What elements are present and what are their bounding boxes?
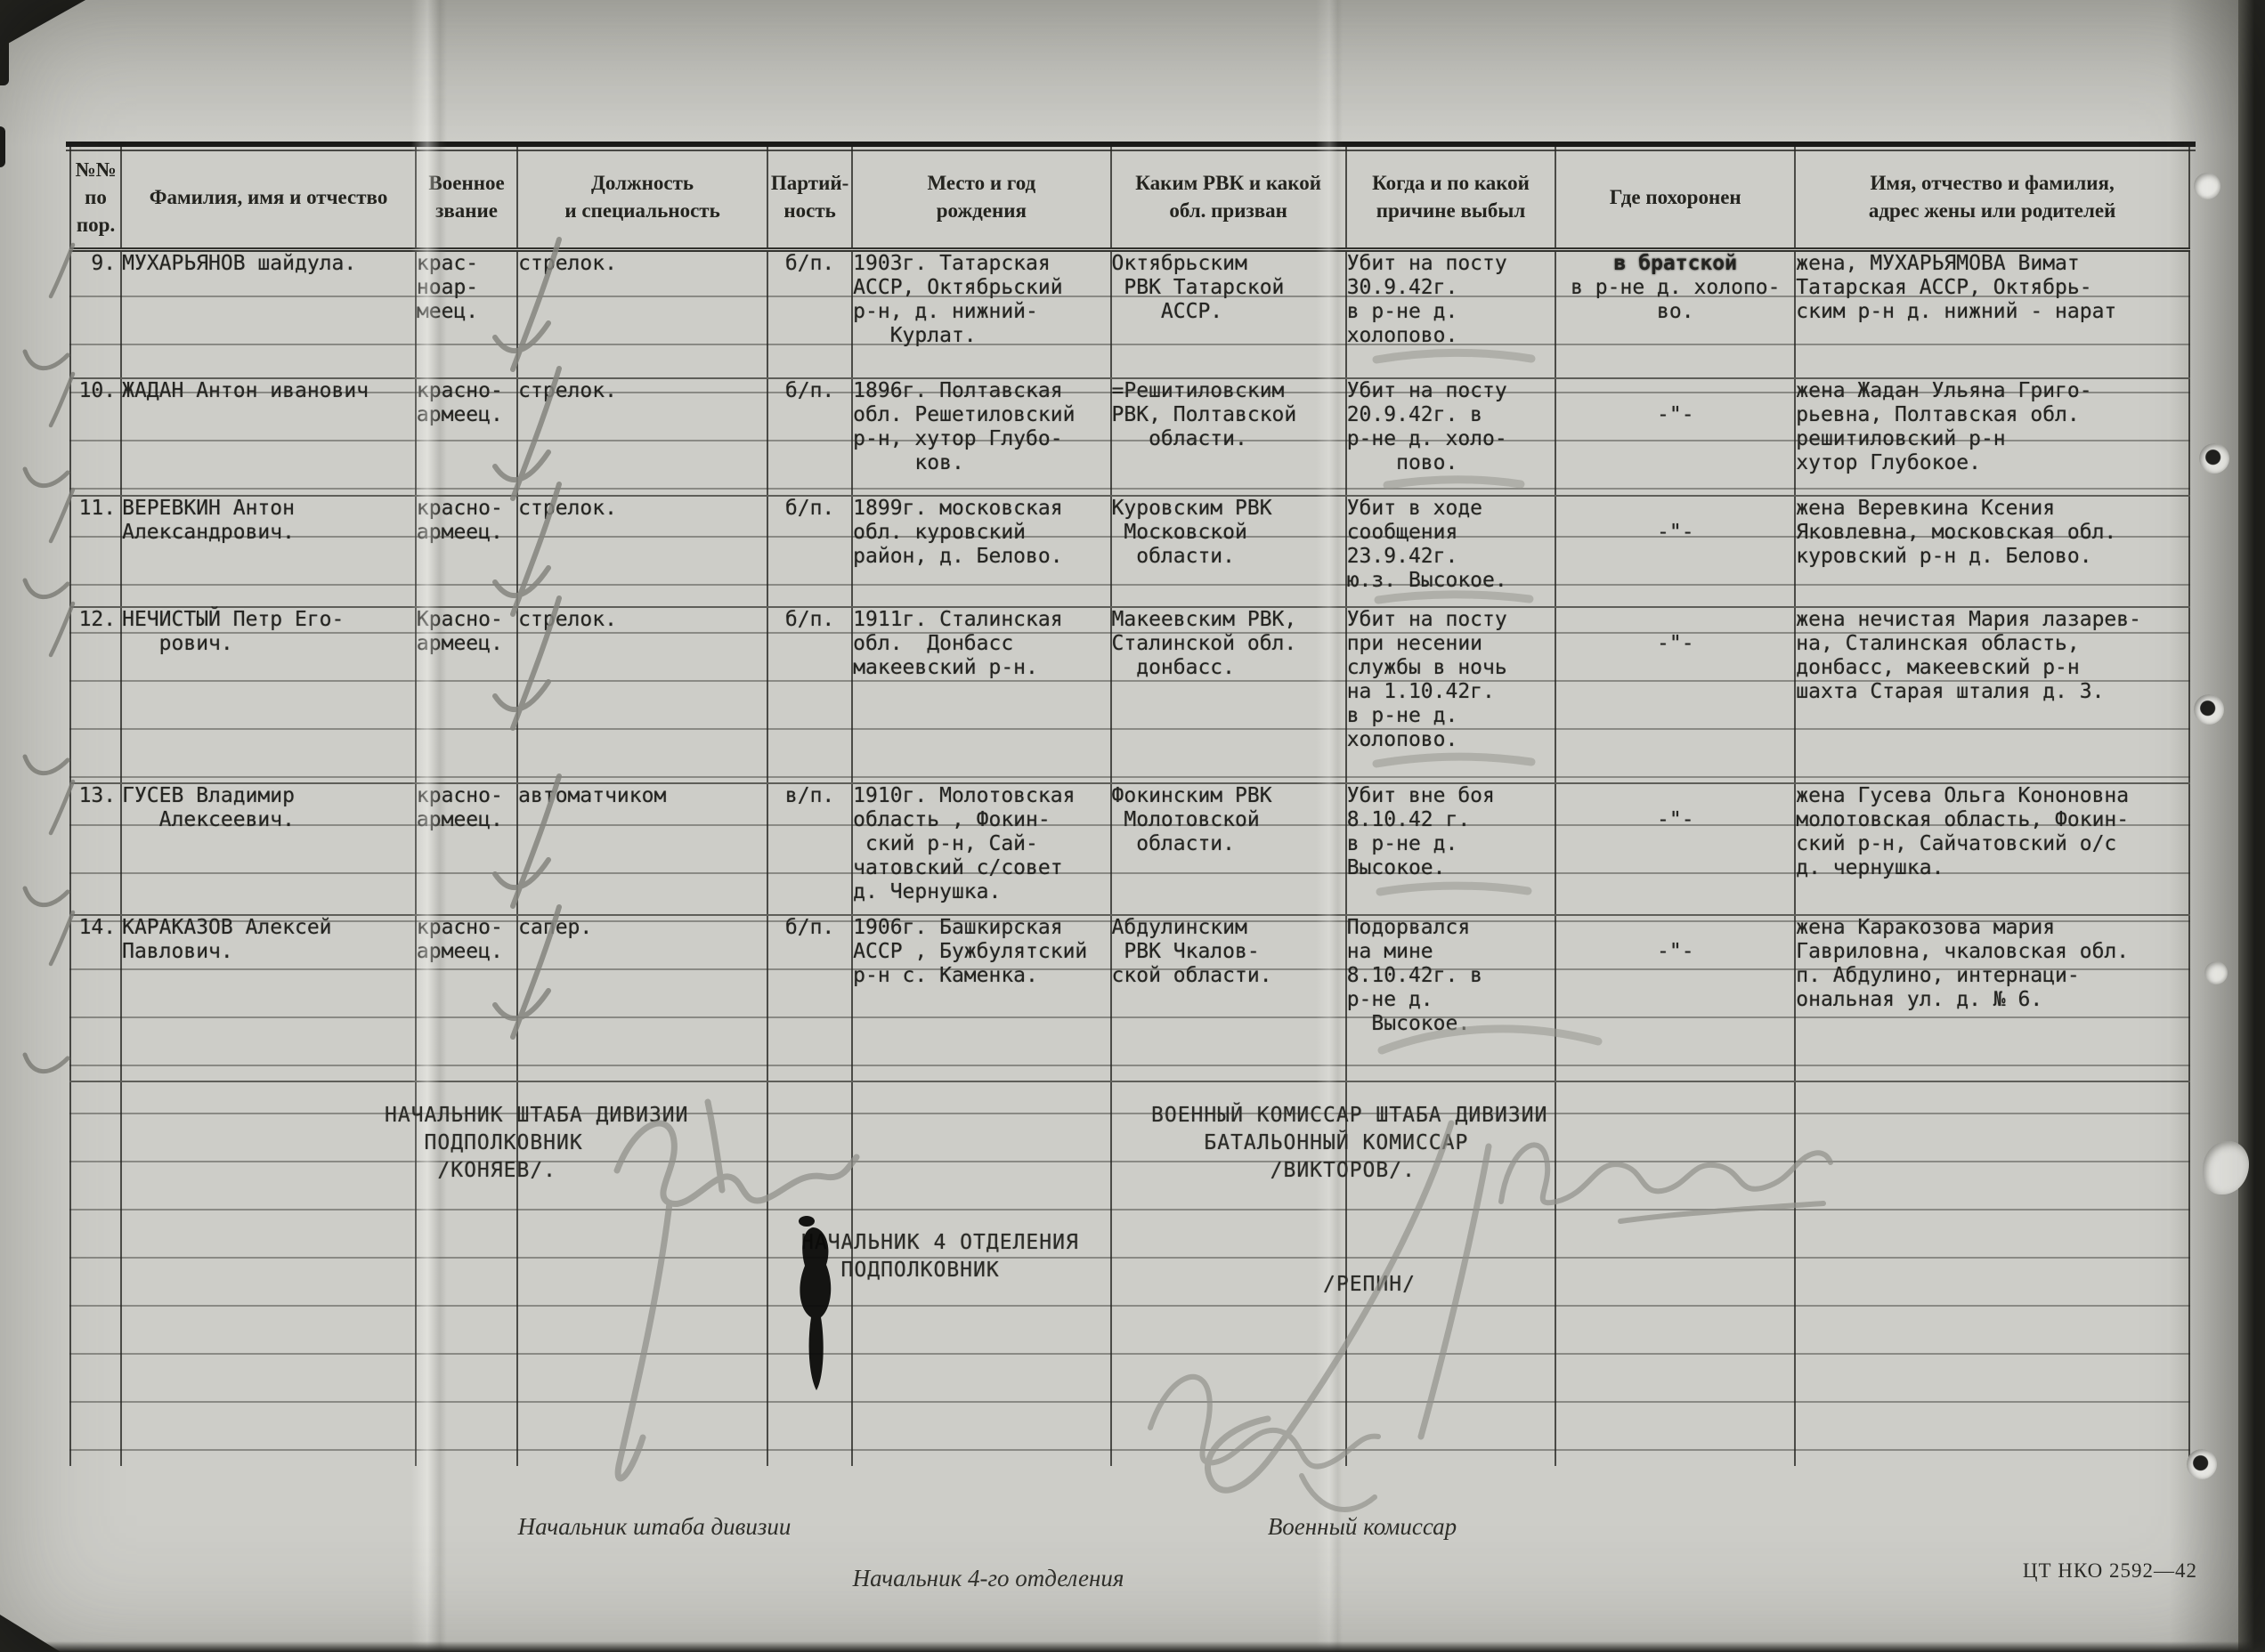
typed-line: -"- <box>1556 632 1794 656</box>
typed-line: на 1.10.42г. <box>1347 680 1555 704</box>
empty-cell <box>1111 1226 1346 1274</box>
empty-cell <box>121 1226 416 1274</box>
typed-line: 1899г. московская <box>853 497 1109 521</box>
typed-line: область , Фокин- <box>853 808 1109 832</box>
cell-party: б/п. <box>767 378 852 496</box>
typed-line: р-н, д. нижний- <box>853 300 1109 324</box>
empty-ruled-row <box>70 1370 2189 1418</box>
typed-line: МУХАРЬЯНОВ шайдула. <box>122 252 415 276</box>
empty-cell <box>1111 1370 1346 1418</box>
empty-cell <box>517 1370 767 1418</box>
typed-line: рович. <box>122 632 415 656</box>
typed-line: жена Веревкина Ксения <box>1796 497 2188 521</box>
signature-block-commissar: ВОЕННЫЙ КОМИССАР ШТАБА ДИВИЗИИ БАТАЛЬОНН… <box>1151 1102 1547 1185</box>
cell-party: в/п. <box>767 783 852 915</box>
typed-line: крас- <box>417 252 516 276</box>
photo-dark-edge-bottom <box>0 1641 2265 1652</box>
column-header-label: обл. призван <box>1112 197 1345 224</box>
typed-line: Татарская АССР, Октябрь- <box>1796 276 2188 300</box>
cell-rank: красно-армеец. <box>416 496 517 607</box>
empty-ruled-row <box>70 1274 2189 1322</box>
typed-line: Курлат. <box>853 324 1109 348</box>
empty-cell <box>1555 1081 1795 1130</box>
cell-when: Убит на посту30.9.42г.в р-не д.холопово. <box>1346 249 1556 378</box>
empty-cell <box>852 1322 1110 1370</box>
empty-cell <box>70 1081 121 1130</box>
typed-line: п. Абдулино, интернаци- <box>1796 964 2188 988</box>
column-header-label: пор. <box>71 211 120 239</box>
punch-hole <box>2194 173 2220 199</box>
typed-line: Сталинской обл. <box>1112 632 1345 656</box>
header-row: №№попор.Фамилия, имя и отчествоВоенноезв… <box>70 147 2189 249</box>
cell-buried: -"- <box>1555 496 1795 607</box>
column-header-label: Где похоронен <box>1556 183 1794 211</box>
typed-line: б/п. <box>768 916 851 940</box>
typed-line: 23.9.42г. <box>1347 545 1555 569</box>
typed-line: 8.10.42г. в <box>1347 964 1555 988</box>
typed-line: АССР, Октябрьский <box>853 276 1109 300</box>
column-header-label: Должность <box>518 169 767 197</box>
empty-cell <box>1346 1226 1556 1274</box>
casualty-row: 13.ГУСЕВ Владимир Алексеевич.красно-арме… <box>70 783 2189 915</box>
cell-family: жена Гусева Ольга Кононовнамолотовская о… <box>1795 783 2189 915</box>
typed-line <box>1556 784 1794 808</box>
cell-duty: стрелок. <box>517 496 767 607</box>
empty-cell <box>767 1418 852 1466</box>
typed-line: д. Чернушка. <box>853 880 1109 904</box>
empty-cell <box>416 1370 517 1418</box>
column-header-label: адрес жены или родителей <box>1796 197 2188 224</box>
empty-cell <box>767 1130 852 1178</box>
column-header-label: Каким РВК и какой <box>1112 169 1345 197</box>
photo-dark-corner-topleft <box>0 0 85 48</box>
typed-line: ков. <box>853 451 1109 475</box>
section4-surname: /РЕПИН/ <box>1323 1273 1416 1296</box>
typed-line: р-не д. холо- <box>1347 427 1555 451</box>
cell-party: б/п. <box>767 607 852 783</box>
typed-line: чатовский с/совет <box>853 856 1109 880</box>
typed-line: армеец. <box>417 808 516 832</box>
cell-family: жена нечистая Мария лазарев-на, Сталинск… <box>1795 607 2189 783</box>
cell-duty: стрелок. <box>517 378 767 496</box>
casualty-row: 11.ВЕРЕВКИН АнтонАлександрович.красно-ар… <box>70 496 2189 607</box>
typed-line: стрелок. <box>518 608 767 632</box>
empty-cell <box>852 1081 1110 1130</box>
typed-line: ональная ул. д. № 6. <box>1796 988 2188 1012</box>
cell-buried: в братскойв р-не д. холопо-во. <box>1555 249 1795 378</box>
typed-line: Подорвался <box>1347 916 1555 940</box>
typed-line: рьевна, Полтавская обл. <box>1796 403 2188 427</box>
typed-line <box>1556 379 1794 403</box>
cell-birth: 1911г. Сталинскаяобл. Донбассмакеевский … <box>852 607 1110 783</box>
empty-cell <box>416 1274 517 1322</box>
empty-cell <box>517 1178 767 1226</box>
column-header-label: Когда и по какой <box>1347 169 1555 197</box>
typed-line: холопово. <box>1347 324 1555 348</box>
typed-line: ским р-н д. нижний - нарат <box>1796 300 2188 324</box>
typed-line: армеец. <box>417 521 516 545</box>
cell-rvk: Фокинским РВК Молотовской области. <box>1111 783 1346 915</box>
cell-duty: автоматчиком <box>517 783 767 915</box>
empty-cell <box>121 1322 416 1370</box>
cell-family: жена Веревкина КсенияЯковлевна, московск… <box>1795 496 2189 607</box>
empty-cell <box>70 1130 121 1178</box>
typed-line: Макеевским РВК, <box>1112 608 1345 632</box>
typed-line: р-не д. <box>1347 988 1555 1012</box>
typed-line: 30.9.42г. <box>1347 276 1555 300</box>
typed-line: 1910г. Молотовская <box>853 784 1109 808</box>
empty-cell <box>70 1178 121 1226</box>
cell-buried: -"- <box>1555 783 1795 915</box>
column-header-name: Фамилия, имя и отчество <box>121 147 416 249</box>
empty-cell <box>517 1226 767 1274</box>
typed-line: АССР. <box>1112 300 1345 324</box>
typed-line: донбасс, макеевский р-н <box>1796 656 2188 680</box>
typed-line: Октябрьским <box>1112 252 1345 276</box>
typed-line: р-н с. Каменка. <box>853 964 1109 988</box>
typed-line: шахта Старая шталия д. 3. <box>1796 680 2188 704</box>
casualty-table: №№попор.Фамилия, имя и отчествоВоенноезв… <box>69 147 2190 1466</box>
empty-cell <box>1795 1081 2189 1130</box>
signature-block-section4: НАЧАЛЬНИК 4 ОТДЕЛЕНИЯ ПОДПОЛКОВНИК <box>801 1229 1079 1284</box>
typed-line: жена нечистая Мария лазарев- <box>1796 608 2188 632</box>
typed-line: Убит на посту <box>1347 608 1555 632</box>
typed-line: д. чернушка. <box>1796 856 2188 880</box>
empty-ruled-row <box>70 1418 2189 1466</box>
typed-line: в р-не д. <box>1347 300 1555 324</box>
empty-cell <box>1795 1322 2189 1370</box>
empty-cell <box>852 1178 1110 1226</box>
cell-num: 13. <box>70 783 121 915</box>
cell-when: Убит на посту20.9.42г. вр-не д. холо- по… <box>1346 378 1556 496</box>
typed-line: донбасс. <box>1112 656 1345 680</box>
typed-line: Гавриловна, чкаловская обл. <box>1796 940 2188 964</box>
typed-line: пово. <box>1347 451 1555 475</box>
empty-ruled-row <box>70 1322 2189 1370</box>
typed-line: ский р-н, Сай- <box>853 832 1109 856</box>
empty-cell <box>1111 1418 1346 1466</box>
empty-cell <box>1346 1178 1556 1226</box>
empty-cell <box>767 1370 852 1418</box>
typed-line: области. <box>1112 427 1345 451</box>
casualty-row: 14.КАРАКАЗОВ АлексейПавлович.красно-арме… <box>70 915 2189 1081</box>
column-header-label: Военное <box>417 169 516 197</box>
typed-signature-line: ВОЕННЫЙ КОМИССАР ШТАБА ДИВИЗИИ <box>1151 1102 1547 1130</box>
cell-rvk: Октябрьским РВК Татарской АССР. <box>1111 249 1346 378</box>
column-header-buried: Где похоронен <box>1555 147 1795 249</box>
empty-cell <box>1555 1418 1795 1466</box>
photo-dark-notch <box>0 126 5 167</box>
typed-line: жена Каракозова мария <box>1796 916 2188 940</box>
cell-when: Убит вне боя8.10.42 г.в р-не д.Высокое. <box>1346 783 1556 915</box>
typed-line: 1911г. Сталинская <box>853 608 1109 632</box>
typed-line: хутор Глубокое. <box>1796 451 2188 475</box>
column-header-duty: Должностьи специальность <box>517 147 767 249</box>
empty-cell <box>852 1370 1110 1418</box>
column-header-label: и специальность <box>518 197 767 224</box>
typed-line: стрелок. <box>518 379 767 403</box>
column-header-label: №№ <box>71 156 120 183</box>
typed-line: красно- <box>417 379 516 403</box>
empty-cell <box>852 1418 1110 1466</box>
typed-line: в р-не д. <box>1347 832 1555 856</box>
typed-signature-line: /ВИКТОРОВ/. <box>1151 1157 1547 1185</box>
typed-line: Яковлевна, московская обл. <box>1796 521 2188 545</box>
typed-line: Молотовской <box>1112 808 1345 832</box>
cell-rank: крас-ноар-меец. <box>416 249 517 378</box>
typed-line: Абдулинским <box>1112 916 1345 940</box>
column-header-label: звание <box>417 197 516 224</box>
typed-line: ГУСЕВ Владимир <box>122 784 415 808</box>
cell-name: МУХАРЬЯНОВ шайдула. <box>121 249 416 378</box>
empty-cell <box>1555 1322 1795 1370</box>
typed-line: 10. <box>71 379 120 403</box>
typed-signature-line: /КОНЯЕВ/. <box>385 1157 689 1185</box>
empty-cell <box>121 1370 416 1418</box>
typed-line: РВК, Полтавской <box>1112 403 1345 427</box>
signature-block-chief-of-staff: НАЧАЛЬНИК ШТАБА ДИВИЗИИ ПОДПОЛКОВНИК /КО… <box>385 1102 689 1185</box>
typed-line: ской области. <box>1112 964 1345 988</box>
empty-cell <box>1795 1274 2189 1322</box>
empty-cell <box>416 1418 517 1466</box>
typed-line: при несении <box>1347 632 1555 656</box>
empty-cell <box>70 1226 121 1274</box>
cell-when: Убит в ходесообщения23.9.42г.ю.з. Высоко… <box>1346 496 1556 607</box>
typed-signature-line: БАТАЛЬОННЫЙ КОМИССАР <box>1151 1130 1547 1157</box>
typed-line: -"- <box>1556 940 1794 964</box>
empty-cell <box>70 1370 121 1418</box>
typed-line: 11. <box>71 497 120 521</box>
empty-cell <box>1795 1370 2189 1418</box>
cell-family: жена Каракозова марияГавриловна, чкаловс… <box>1795 915 2189 1081</box>
typed-line: ВЕРЕВКИН Антон <box>122 497 415 521</box>
cell-rvk: Куровским РВК Московской области. <box>1111 496 1346 607</box>
typed-line: Алексеевич. <box>122 808 415 832</box>
cell-birth: 1896г. Полтавскаяобл. Решетиловскийр-н, … <box>852 378 1110 496</box>
cell-num: 9. <box>70 249 121 378</box>
typed-line: армеец. <box>417 403 516 427</box>
column-header-when: Когда и по какойпричине выбыл <box>1346 147 1556 249</box>
empty-cell <box>416 1322 517 1370</box>
empty-cell <box>1111 1322 1346 1370</box>
cell-birth: 1906г. БашкирскаяАССР , Бужбулятскийр-н … <box>852 915 1110 1081</box>
empty-ruled-row <box>70 1178 2189 1226</box>
empty-ruled-row <box>70 1226 2189 1274</box>
empty-cell <box>1111 1178 1346 1226</box>
typed-line: ЖАДАН Антон иванович <box>122 379 415 403</box>
typed-line: Убит на посту <box>1347 379 1555 403</box>
typed-line: АССР , Бужбулятский <box>853 940 1109 964</box>
cell-num: 11. <box>70 496 121 607</box>
pencil-tick-marks <box>25 245 73 1072</box>
empty-cell <box>121 1081 416 1130</box>
column-header-rvk: Каким РВК и какойобл. призван <box>1111 147 1346 249</box>
typed-line: Красно- <box>417 608 516 632</box>
typed-signature-line: НАЧАЛЬНИК 4 ОТДЕЛЕНИЯ <box>801 1229 1079 1257</box>
cell-rank: красно-армеец. <box>416 915 517 1081</box>
paper-edge-shadow <box>2169 0 2240 1652</box>
typed-line: -"- <box>1556 808 1794 832</box>
typed-line: жена Жадан Ульяна Григо- <box>1796 379 2188 403</box>
typed-line: жена Гусева Ольга Кононовна <box>1796 784 2188 808</box>
column-header-label: Партий- <box>768 169 851 197</box>
cell-birth: 1910г. Молотовскаяобласть , Фокин- ский … <box>852 783 1110 915</box>
cell-duty: стрелок. <box>517 249 767 378</box>
column-header-label: Фамилия, имя и отчество <box>122 183 415 211</box>
footer-print-commissar: Военный комиссар <box>1268 1513 1457 1541</box>
punch-hole <box>2187 1449 2217 1479</box>
typed-line: -"- <box>1556 403 1794 427</box>
empty-cell <box>517 1322 767 1370</box>
footer-print-section4: Начальник 4-го отделения <box>853 1565 1124 1592</box>
cell-party: б/п. <box>767 496 852 607</box>
typed-line: Убит на посту <box>1347 252 1555 276</box>
cell-family: жена Жадан Ульяна Григо-рьевна, Полтавск… <box>1795 378 2189 496</box>
typed-line: НЕЧИСТЫЙ Петр Его- <box>122 608 415 632</box>
punch-hole <box>2199 443 2229 474</box>
empty-cell <box>517 1274 767 1322</box>
typed-line: макеевский р-н. <box>853 656 1109 680</box>
empty-cell <box>1555 1130 1795 1178</box>
typed-line <box>1556 608 1794 632</box>
cell-party: б/п. <box>767 915 852 1081</box>
empty-cell <box>1795 1226 2189 1274</box>
empty-cell <box>416 1178 517 1226</box>
typed-line: на, Сталинская область, <box>1796 632 2188 656</box>
typed-line: =Решитиловским <box>1112 379 1345 403</box>
typed-signature-line: НАЧАЛЬНИК ШТАБА ДИВИЗИИ <box>385 1102 689 1130</box>
cell-rank: красно-армеец. <box>416 783 517 915</box>
empty-cell <box>121 1178 416 1226</box>
typed-line: Куровским РВК <box>1112 497 1345 521</box>
cell-name: ЖАДАН Антон иванович <box>121 378 416 496</box>
empty-cell <box>416 1226 517 1274</box>
empty-cell <box>70 1274 121 1322</box>
typed-line: Высокое. <box>1347 856 1555 880</box>
cell-name: ГУСЕВ Владимир Алексеевич. <box>121 783 416 915</box>
typed-line <box>1556 497 1794 521</box>
typed-signature-line: ПОДПОЛКОВНИК <box>385 1130 689 1157</box>
column-header-label: Место и год <box>853 169 1109 197</box>
cell-party: б/п. <box>767 249 852 378</box>
column-header-family: Имя, отчество и фамилия,адрес жены или р… <box>1795 147 2189 249</box>
typed-line: 12. <box>71 608 120 632</box>
typed-line: армеец. <box>417 632 516 656</box>
typed-line: 8.10.42 г. <box>1347 808 1555 832</box>
typed-line: обл. куровский <box>853 521 1109 545</box>
cell-birth: 1903г. ТатарскаяАССР, Октябрьскийр-н, д.… <box>852 249 1110 378</box>
typed-line: красно- <box>417 784 516 808</box>
typed-line: молотовская область, Фокин- <box>1796 808 2188 832</box>
empty-cell <box>1555 1370 1795 1418</box>
typed-line: во. <box>1556 300 1794 324</box>
typed-line: -"- <box>1556 521 1794 545</box>
typed-line: 14. <box>71 916 120 940</box>
typed-line: Убит в ходе <box>1347 497 1555 521</box>
typed-line: холопово. <box>1347 728 1555 752</box>
cell-rvk: =РешитиловскимРВК, Полтавской области. <box>1111 378 1346 496</box>
column-header-rank: Военноезвание <box>416 147 517 249</box>
cell-num: 14. <box>70 915 121 1081</box>
typed-line: в р-не д. <box>1347 704 1555 728</box>
footer-print-chief-of-staff: Начальник штаба дивизии <box>518 1513 792 1541</box>
typed-line: 1903г. Татарская <box>853 252 1109 276</box>
typed-line: армеец. <box>417 940 516 964</box>
casualty-row: 12.НЕЧИСТЫЙ Петр Его- рович.Красно-армее… <box>70 607 2189 783</box>
empty-cell <box>1555 1274 1795 1322</box>
cell-family: жена, МУХАРЬЯМОВА ВиматТатарская АССР, О… <box>1795 249 2189 378</box>
typed-line: решитиловский р-н <box>1796 427 2188 451</box>
cell-birth: 1899г. московскаяобл. куровскийрайон, д.… <box>852 496 1110 607</box>
typed-line: б/п. <box>768 497 851 521</box>
typed-line: области. <box>1112 545 1345 569</box>
empty-cell <box>1346 1322 1556 1370</box>
typed-line: РВК Татарской <box>1112 276 1345 300</box>
typed-line: сапер. <box>518 916 767 940</box>
typed-line: ский р-н, Сайчатовский о/с <box>1796 832 2188 856</box>
column-header-label: ность <box>768 197 851 224</box>
typed-line: Фокинским РВК <box>1112 784 1345 808</box>
empty-cell <box>1795 1130 2189 1178</box>
typed-line: 9. <box>71 252 120 276</box>
typed-signature-line: ПОДПОЛКОВНИК <box>801 1257 1079 1284</box>
typed-line: красно- <box>417 497 516 521</box>
typed-line: 1896г. Полтавская <box>853 379 1109 403</box>
typed-line: б/п. <box>768 379 851 403</box>
empty-cell <box>767 1081 852 1130</box>
column-header-label: рождения <box>853 197 1109 224</box>
typed-line: Высокое. <box>1347 1012 1555 1036</box>
cell-buried: -"- <box>1555 378 1795 496</box>
typed-line: красно- <box>417 916 516 940</box>
typed-line: б/п. <box>768 252 851 276</box>
photo-dark-edge-right <box>2238 0 2265 1652</box>
empty-cell <box>1555 1226 1795 1274</box>
typed-line: жена, МУХАРЬЯМОВА Вимат <box>1796 252 2188 276</box>
typed-line: обл. Донбасс <box>853 632 1109 656</box>
typed-line: ю.з. Высокое. <box>1347 569 1555 593</box>
column-header-label: по <box>71 183 120 211</box>
casualty-row: 10.ЖАДАН Антон ивановичкрасно-армеец.стр… <box>70 378 2189 496</box>
typed-line: стрелок. <box>518 252 767 276</box>
cell-rvk: Макеевским РВК,Сталинской обл. донбасс. <box>1111 607 1346 783</box>
cell-name: КАРАКАЗОВ АлексейПавлович. <box>121 915 416 1081</box>
empty-cell <box>1795 1418 2189 1466</box>
typed-line: области. <box>1112 832 1345 856</box>
cell-buried: -"- <box>1555 915 1795 1081</box>
typed-line: сообщения <box>1347 521 1555 545</box>
typed-line: куровский р-н д. Белово. <box>1796 545 2188 569</box>
punch-hole <box>2194 694 2224 725</box>
typed-line: автоматчиком <box>518 784 767 808</box>
typed-line: б/п. <box>768 608 851 632</box>
empty-cell <box>517 1418 767 1466</box>
empty-cell <box>70 1418 121 1466</box>
empty-cell <box>767 1178 852 1226</box>
paper-shading <box>0 0 2265 147</box>
cell-num: 12. <box>70 607 121 783</box>
photo-dark-notch <box>0 23 9 85</box>
cell-duty: стрелок. <box>517 607 767 783</box>
column-header-num: №№попор. <box>70 147 121 249</box>
typed-line <box>1556 916 1794 940</box>
empty-cell <box>1555 1178 1795 1226</box>
typed-line: РВК Чкалов- <box>1112 940 1345 964</box>
column-header-birth: Место и годрождения <box>852 147 1110 249</box>
empty-cell <box>121 1274 416 1322</box>
typed-line: Убит вне боя <box>1347 784 1555 808</box>
photo-dark-corner-bottomleft <box>0 1615 61 1652</box>
